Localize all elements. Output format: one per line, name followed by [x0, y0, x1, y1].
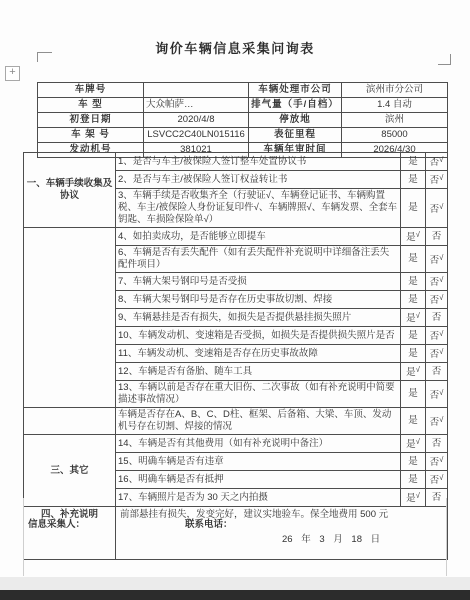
- question-row: 车辆是否存在A、B、C、D柱、框架、后备箱、大梁、车顶、发动机号存在切割、焊接的…: [24, 408, 448, 435]
- info-label: 车辆处理市公司: [249, 83, 342, 98]
- answer-cell: 是: [401, 273, 426, 291]
- answer-cell-checked: 否√: [426, 153, 448, 171]
- question-cell: 11、车辆发动机、变速箱是否存在历史事故故障: [116, 345, 401, 363]
- check-mark: √: [416, 365, 420, 374]
- answer-cell-checked: 是√: [401, 228, 426, 246]
- text-boundary-line-right: [446, 498, 447, 576]
- question-cell: 车辆是否存在A、B、C、D柱、框架、后备箱、大梁、车顶、发动机号存在切割、焊接的…: [116, 408, 401, 435]
- question-cell: 16、明确车辆是否有抵押: [116, 471, 401, 489]
- info-value: LSVCC2C40LN015116: [144, 128, 249, 143]
- info-value: [144, 83, 249, 98]
- answer-cell: 是: [401, 327, 426, 345]
- info-value: 1.4 自动: [342, 98, 448, 113]
- section-label: 三、其它: [24, 435, 116, 507]
- answer-cell: 是: [401, 153, 426, 171]
- info-value: 大众帕萨…: [144, 98, 249, 113]
- answer-cell-checked: 否√: [426, 408, 448, 435]
- questionnaire-table: 一、车辆手续收集及协议1、是否与车主/被保险人签订整车处置协议书是否√2、是否与…: [23, 152, 448, 560]
- question-cell: 7、车辆大架号钢印号是否受损: [116, 273, 401, 291]
- question-cell: 13、车辆以前是否存在重大旧伤、二次事故（如有补充说明中简要描述事故情况）: [116, 381, 401, 408]
- answer-cell-checked: 是√: [401, 489, 426, 507]
- check-mark: √: [439, 253, 443, 262]
- answer-cell: 否: [426, 363, 448, 381]
- questionnaire-body: 一、车辆手续收集及协议1、是否与车主/被保险人签订整车处置协议书是否√2、是否与…: [24, 153, 448, 560]
- answer-cell-checked: 否√: [426, 327, 448, 345]
- info-label: 车 架 号: [38, 128, 144, 143]
- collector-label: 信息采集人：: [28, 516, 85, 530]
- info-row: 车 架 号LSVCC2C40LN015116表征里程85000: [38, 128, 448, 143]
- question-cell: 4、如拍卖成功，是否能够立即提车: [116, 228, 401, 246]
- document-page: 询价车辆信息采集问询表 + 车牌号车辆处理市公司滨州市分公司车 型大众帕萨…排气…: [0, 0, 470, 600]
- answer-cell: 是: [401, 246, 426, 273]
- answer-cell-checked: 否√: [426, 273, 448, 291]
- section-label: [24, 408, 116, 435]
- info-label: 排气量（手/自档）: [249, 98, 342, 113]
- supplement-row: 四、补充说明前部悬挂有损失，发变完好，建议实地验车。保全地费用 500 元: [24, 507, 448, 560]
- info-label: 停放地: [249, 113, 342, 128]
- answer-cell-checked: 是√: [401, 363, 426, 381]
- vehicle-info-body: 车牌号车辆处理市公司滨州市分公司车 型大众帕萨…排气量（手/自档）1.4 自动初…: [38, 83, 448, 158]
- check-mark: √: [416, 437, 420, 446]
- check-mark: √: [439, 329, 443, 338]
- supplement-label: 四、补充说明: [24, 507, 116, 560]
- check-mark: √: [439, 473, 443, 482]
- answer-cell-checked: 是√: [401, 309, 426, 327]
- info-row: 车 型大众帕萨…排气量（手/自档）1.4 自动: [38, 98, 448, 113]
- answer-cell: 是: [401, 471, 426, 489]
- answer-cell-checked: 否√: [426, 453, 448, 471]
- text-boundary-mark-topright: [438, 54, 451, 65]
- answer-cell: 否: [426, 489, 448, 507]
- question-cell: 15、明确车辆是否有违章: [116, 453, 401, 471]
- move-cross-icon: +: [9, 66, 15, 78]
- bottom-light-band: [0, 577, 470, 590]
- check-mark: √: [439, 173, 443, 182]
- info-label: 初登日期: [38, 113, 144, 128]
- table-move-handle[interactable]: +: [5, 66, 20, 81]
- question-cell: 9、车辆悬挂是否有损失，如损失是否提供悬挂损失照片: [116, 309, 401, 327]
- text-boundary-mark-topleft: [37, 52, 52, 62]
- answer-cell: 是: [401, 345, 426, 363]
- question-cell: 12、车辆是否有备胎、随车工具: [116, 363, 401, 381]
- question-cell: 2、是否与车主/被保险人签订权益转让书: [116, 171, 401, 189]
- answer-cell: 否: [426, 228, 448, 246]
- check-mark: √: [416, 311, 420, 320]
- date-line: 26 年 3 月 18 日: [282, 531, 380, 545]
- check-mark: √: [439, 275, 443, 284]
- info-value: 滨州市分公司: [342, 83, 448, 98]
- question-row: 一、车辆手续收集及协议1、是否与车主/被保险人签订整车处置协议书是否√: [24, 153, 448, 171]
- answer-cell-checked: 是√: [401, 435, 426, 453]
- answer-cell: 是: [401, 171, 426, 189]
- check-mark: √: [439, 155, 443, 164]
- answer-cell-checked: 否√: [426, 381, 448, 408]
- question-row: 4、如拍卖成功，是否能够立即提车是√否: [24, 228, 448, 246]
- bottom-dark-band: [0, 590, 470, 600]
- answer-cell-checked: 否√: [426, 291, 448, 309]
- answer-cell: 是: [401, 453, 426, 471]
- check-mark: √: [439, 202, 443, 211]
- question-row: 三、其它14、车辆是否有其他费用（如有补充说明中备注）是√否: [24, 435, 448, 453]
- info-row: 初登日期2020/4/8停放地滨州: [38, 113, 448, 128]
- page-title: 询价车辆信息采集问询表: [0, 38, 470, 57]
- question-cell: 14、车辆是否有其他费用（如有补充说明中备注）: [116, 435, 401, 453]
- phone-label: 联系电话：: [185, 516, 233, 530]
- answer-cell-checked: 否√: [426, 189, 448, 228]
- answer-cell: 否: [426, 435, 448, 453]
- answer-cell-checked: 否√: [426, 246, 448, 273]
- info-value: 2020/4/8: [144, 113, 249, 128]
- answer-cell: 是: [401, 291, 426, 309]
- section-label: [24, 228, 116, 408]
- answer-cell-checked: 否√: [426, 471, 448, 489]
- question-cell: 8、车辆大架号钢印号是否存在历史事故切割、焊接: [116, 291, 401, 309]
- check-mark: √: [439, 415, 443, 424]
- answer-cell: 是: [401, 381, 426, 408]
- answer-cell-checked: 否√: [426, 345, 448, 363]
- text-boundary-line-left: [23, 498, 24, 576]
- check-mark: √: [439, 388, 443, 397]
- info-label: 车 型: [38, 98, 144, 113]
- vehicle-info-table: 车牌号车辆处理市公司滨州市分公司车 型大众帕萨…排气量（手/自档）1.4 自动初…: [37, 82, 448, 158]
- answer-cell-checked: 否√: [426, 171, 448, 189]
- info-value: 滨州: [342, 113, 448, 128]
- question-cell: 3、车辆手续是否收集齐全（行驶证√、车辆登记证书、车辆购置税、车主/被保险人身份…: [116, 189, 401, 228]
- info-value: 85000: [342, 128, 448, 143]
- check-mark: √: [439, 293, 443, 302]
- question-cell: 1、是否与车主/被保险人签订整车处置协议书: [116, 153, 401, 171]
- question-cell: 6、车辆是否有丢失配件（如有丢失配件补充说明中详细备注丢失配件项目）: [116, 246, 401, 273]
- question-cell: 17、车辆照片是否为 30 天之内拍摄: [116, 489, 401, 507]
- check-mark: √: [416, 491, 420, 500]
- answer-cell: 是: [401, 408, 426, 435]
- check-mark: √: [439, 455, 443, 464]
- question-cell: 10、车辆发动机、变速箱是否受损，如损失是否提供损失照片是否: [116, 327, 401, 345]
- section-label: 一、车辆手续收集及协议: [24, 153, 116, 228]
- check-mark: √: [416, 230, 420, 239]
- info-label: 表征里程: [249, 128, 342, 143]
- answer-cell: 否: [426, 309, 448, 327]
- info-label: 车牌号: [38, 83, 144, 98]
- answer-cell: 是: [401, 189, 426, 228]
- check-mark: √: [439, 347, 443, 356]
- info-row: 车牌号车辆处理市公司滨州市分公司: [38, 83, 448, 98]
